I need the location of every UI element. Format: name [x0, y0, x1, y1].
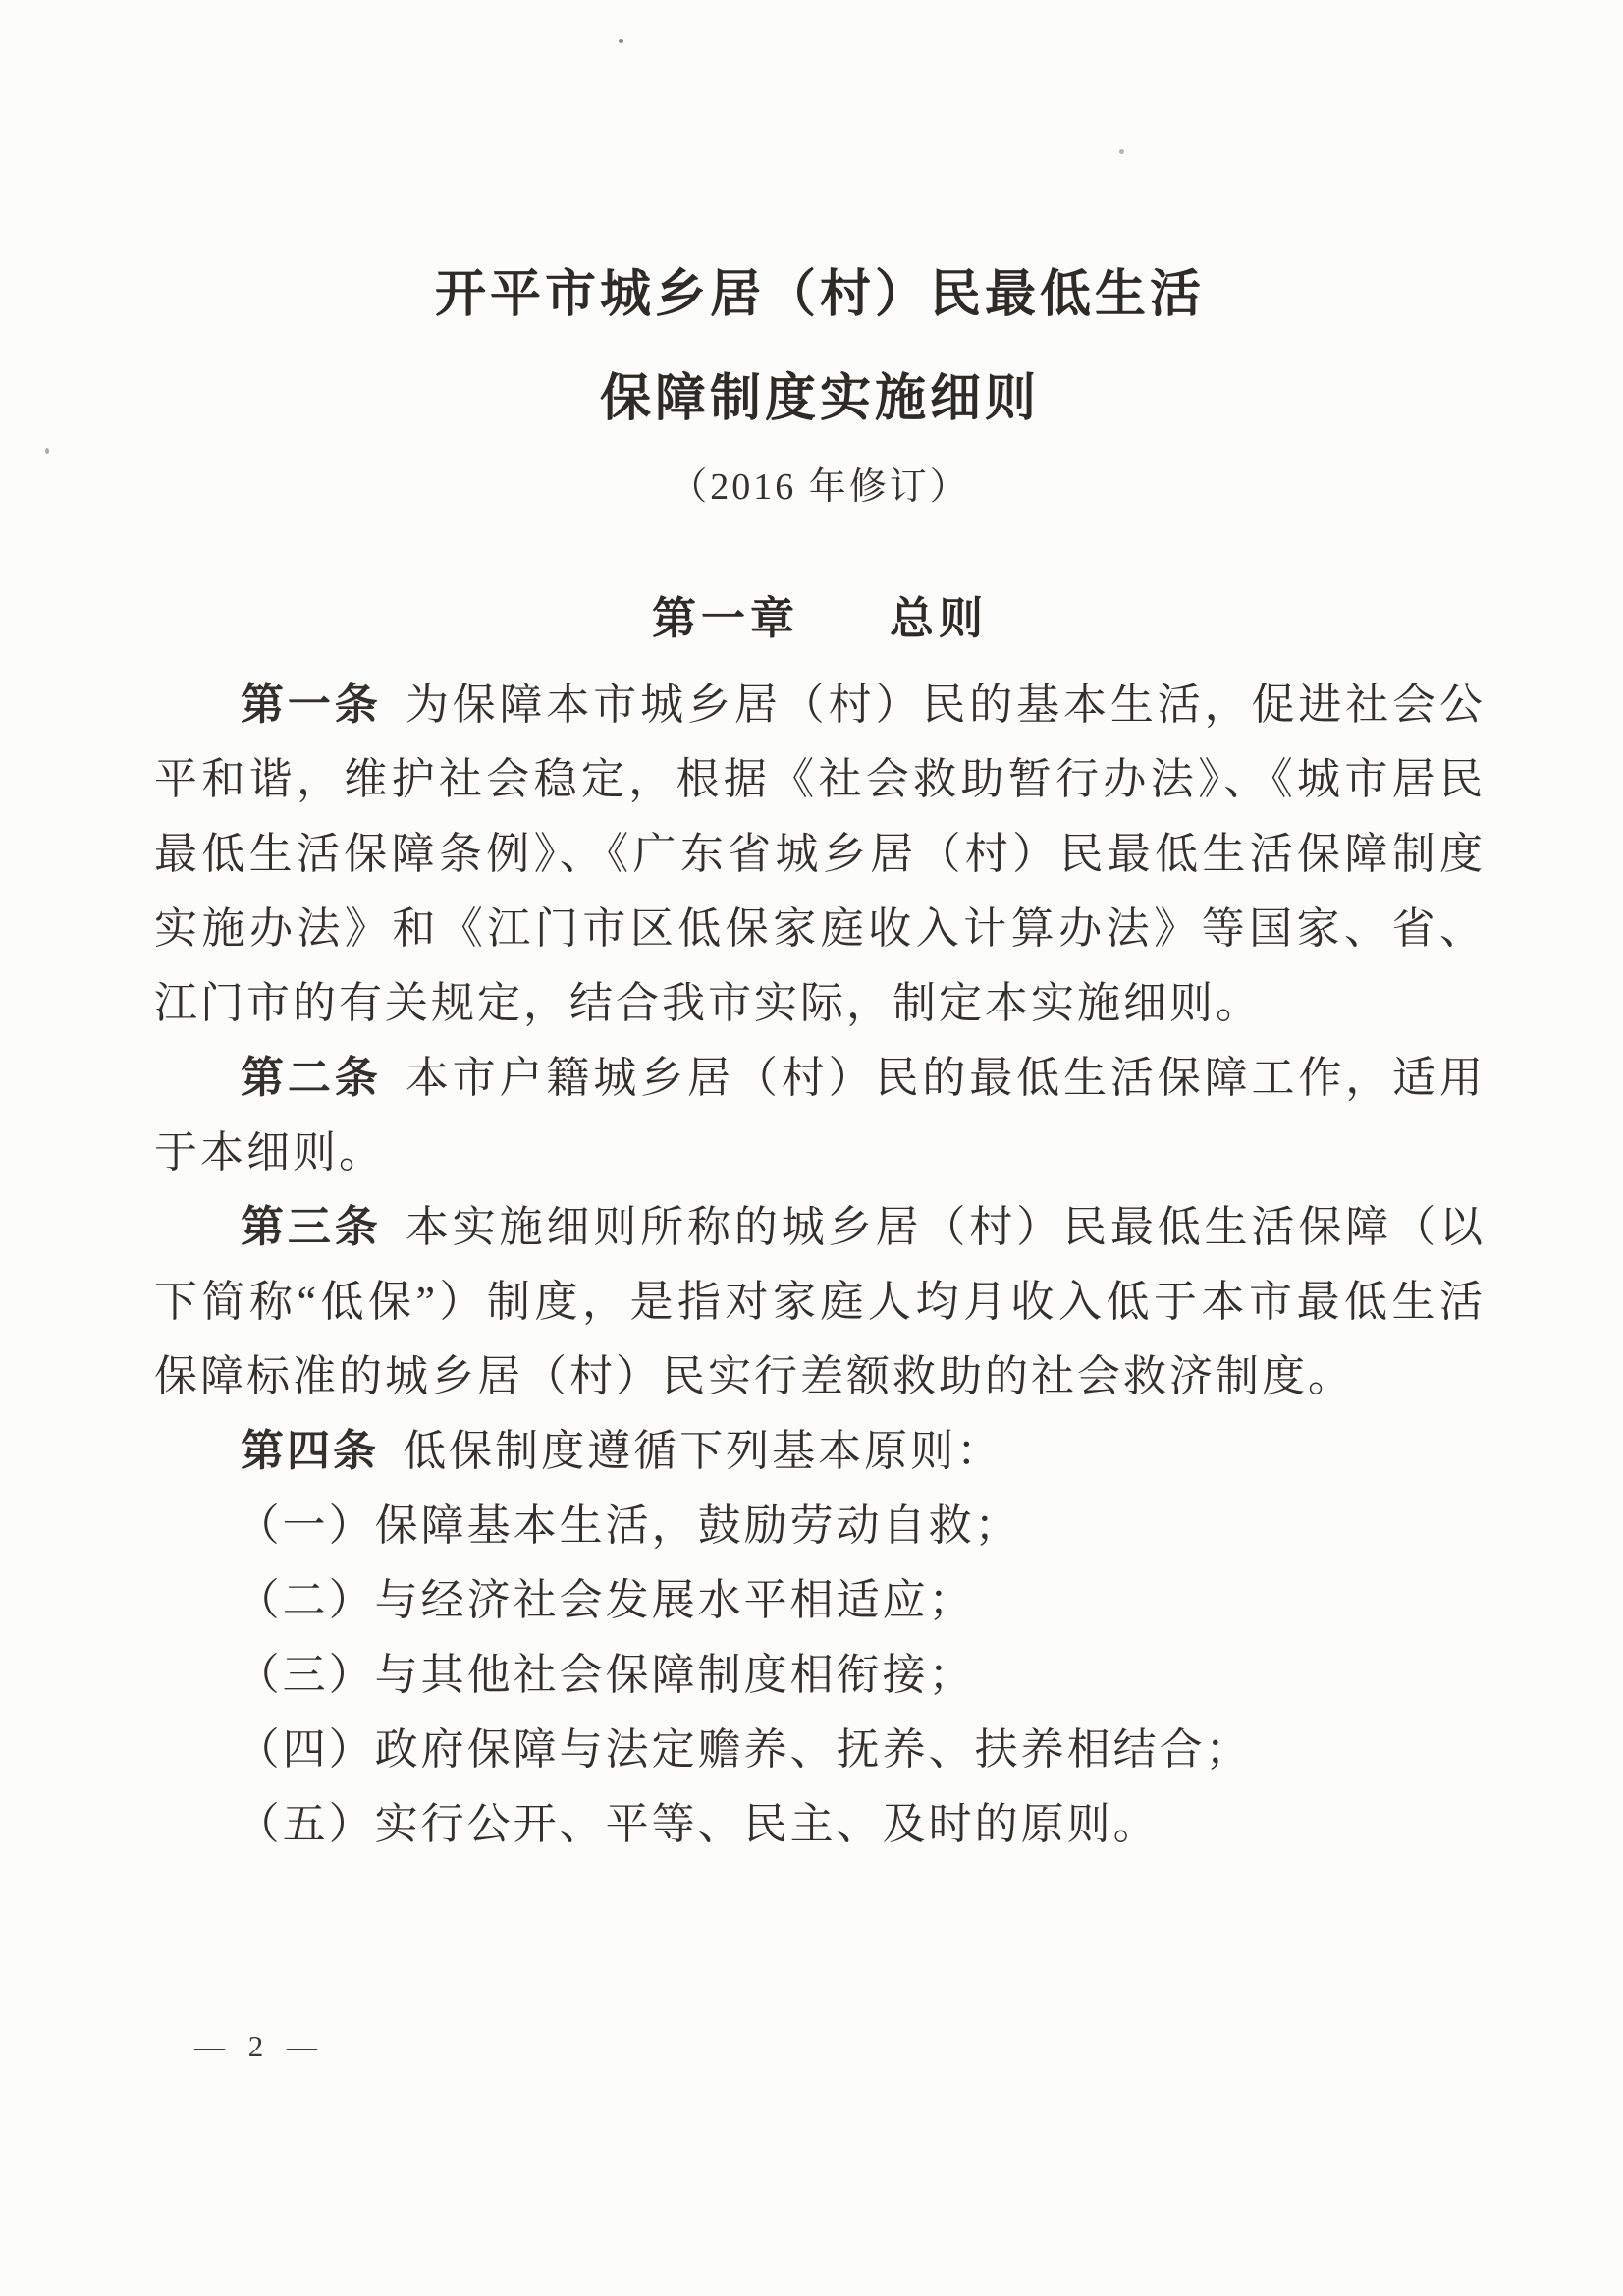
document-title-line-1: 开平市城乡居（村）民最低生活 [154, 244, 1486, 348]
principle-item-5: （五）实行公开、平等、民主、及时的原则。 [154, 1787, 1486, 1862]
article-2-label: 第二条 [241, 1054, 382, 1102]
scan-speck [1119, 149, 1124, 154]
article-4-paragraph: 第四条低保制度遵循下列基本原则： [154, 1414, 1486, 1489]
article-3-paragraph: 第三条本实施细则所称的城乡居（村）民最低生活保障（以下简称“低保”）制度，是指对… [154, 1190, 1486, 1414]
principle-item-1: （一）保障基本生活，鼓励劳动自救； [154, 1489, 1486, 1563]
article-3-label: 第三条 [241, 1203, 382, 1251]
chapter-number: 第一章 [652, 594, 799, 643]
article-4-text: 低保制度遵循下列基本原则： [403, 1427, 1002, 1475]
scan-speck [45, 448, 49, 454]
document-title: 开平市城乡居（村）民最低生活 保障制度实施细则 [154, 244, 1486, 452]
chapter-title: 总则 [890, 594, 988, 643]
principle-item-4: （四）政府保障与法定赡养、抚养、扶养相结合； [154, 1713, 1486, 1787]
article-2-paragraph: 第二条本市户籍城乡居（村）民的最低生活保障工作，适用于本细则。 [154, 1041, 1486, 1190]
scanned-document-page: 开平市城乡居（村）民最低生活 保障制度实施细则 （2016 年修订） 第一章总则… [0, 0, 1623, 2296]
document-subtitle: （2016 年修订） [154, 460, 1486, 515]
article-4-label: 第四条 [241, 1427, 379, 1475]
scan-speck [619, 39, 623, 43]
chapter-heading: 第一章总则 [154, 589, 1486, 648]
article-1-paragraph: 第一条为保障本市城乡居（村）民的基本生活，促进社会公平和谐，维护社会稳定，根据《… [154, 668, 1486, 1041]
article-1-label: 第一条 [241, 681, 382, 729]
principle-item-3: （三）与其他社会保障制度相衔接； [154, 1638, 1486, 1713]
document-body: 第一条为保障本市城乡居（村）民的基本生活，促进社会公平和谐，维护社会稳定，根据《… [154, 668, 1486, 1862]
page-number: — 2 — [194, 2029, 325, 2064]
principle-item-2: （二）与经济社会发展水平相适应； [154, 1563, 1486, 1638]
article-1-text: 为保障本市城乡居（村）民的基本生活，促进社会公平和谐，维护社会稳定，根据《社会救… [154, 681, 1486, 1027]
document-title-line-2: 保障制度实施细则 [154, 348, 1486, 452]
